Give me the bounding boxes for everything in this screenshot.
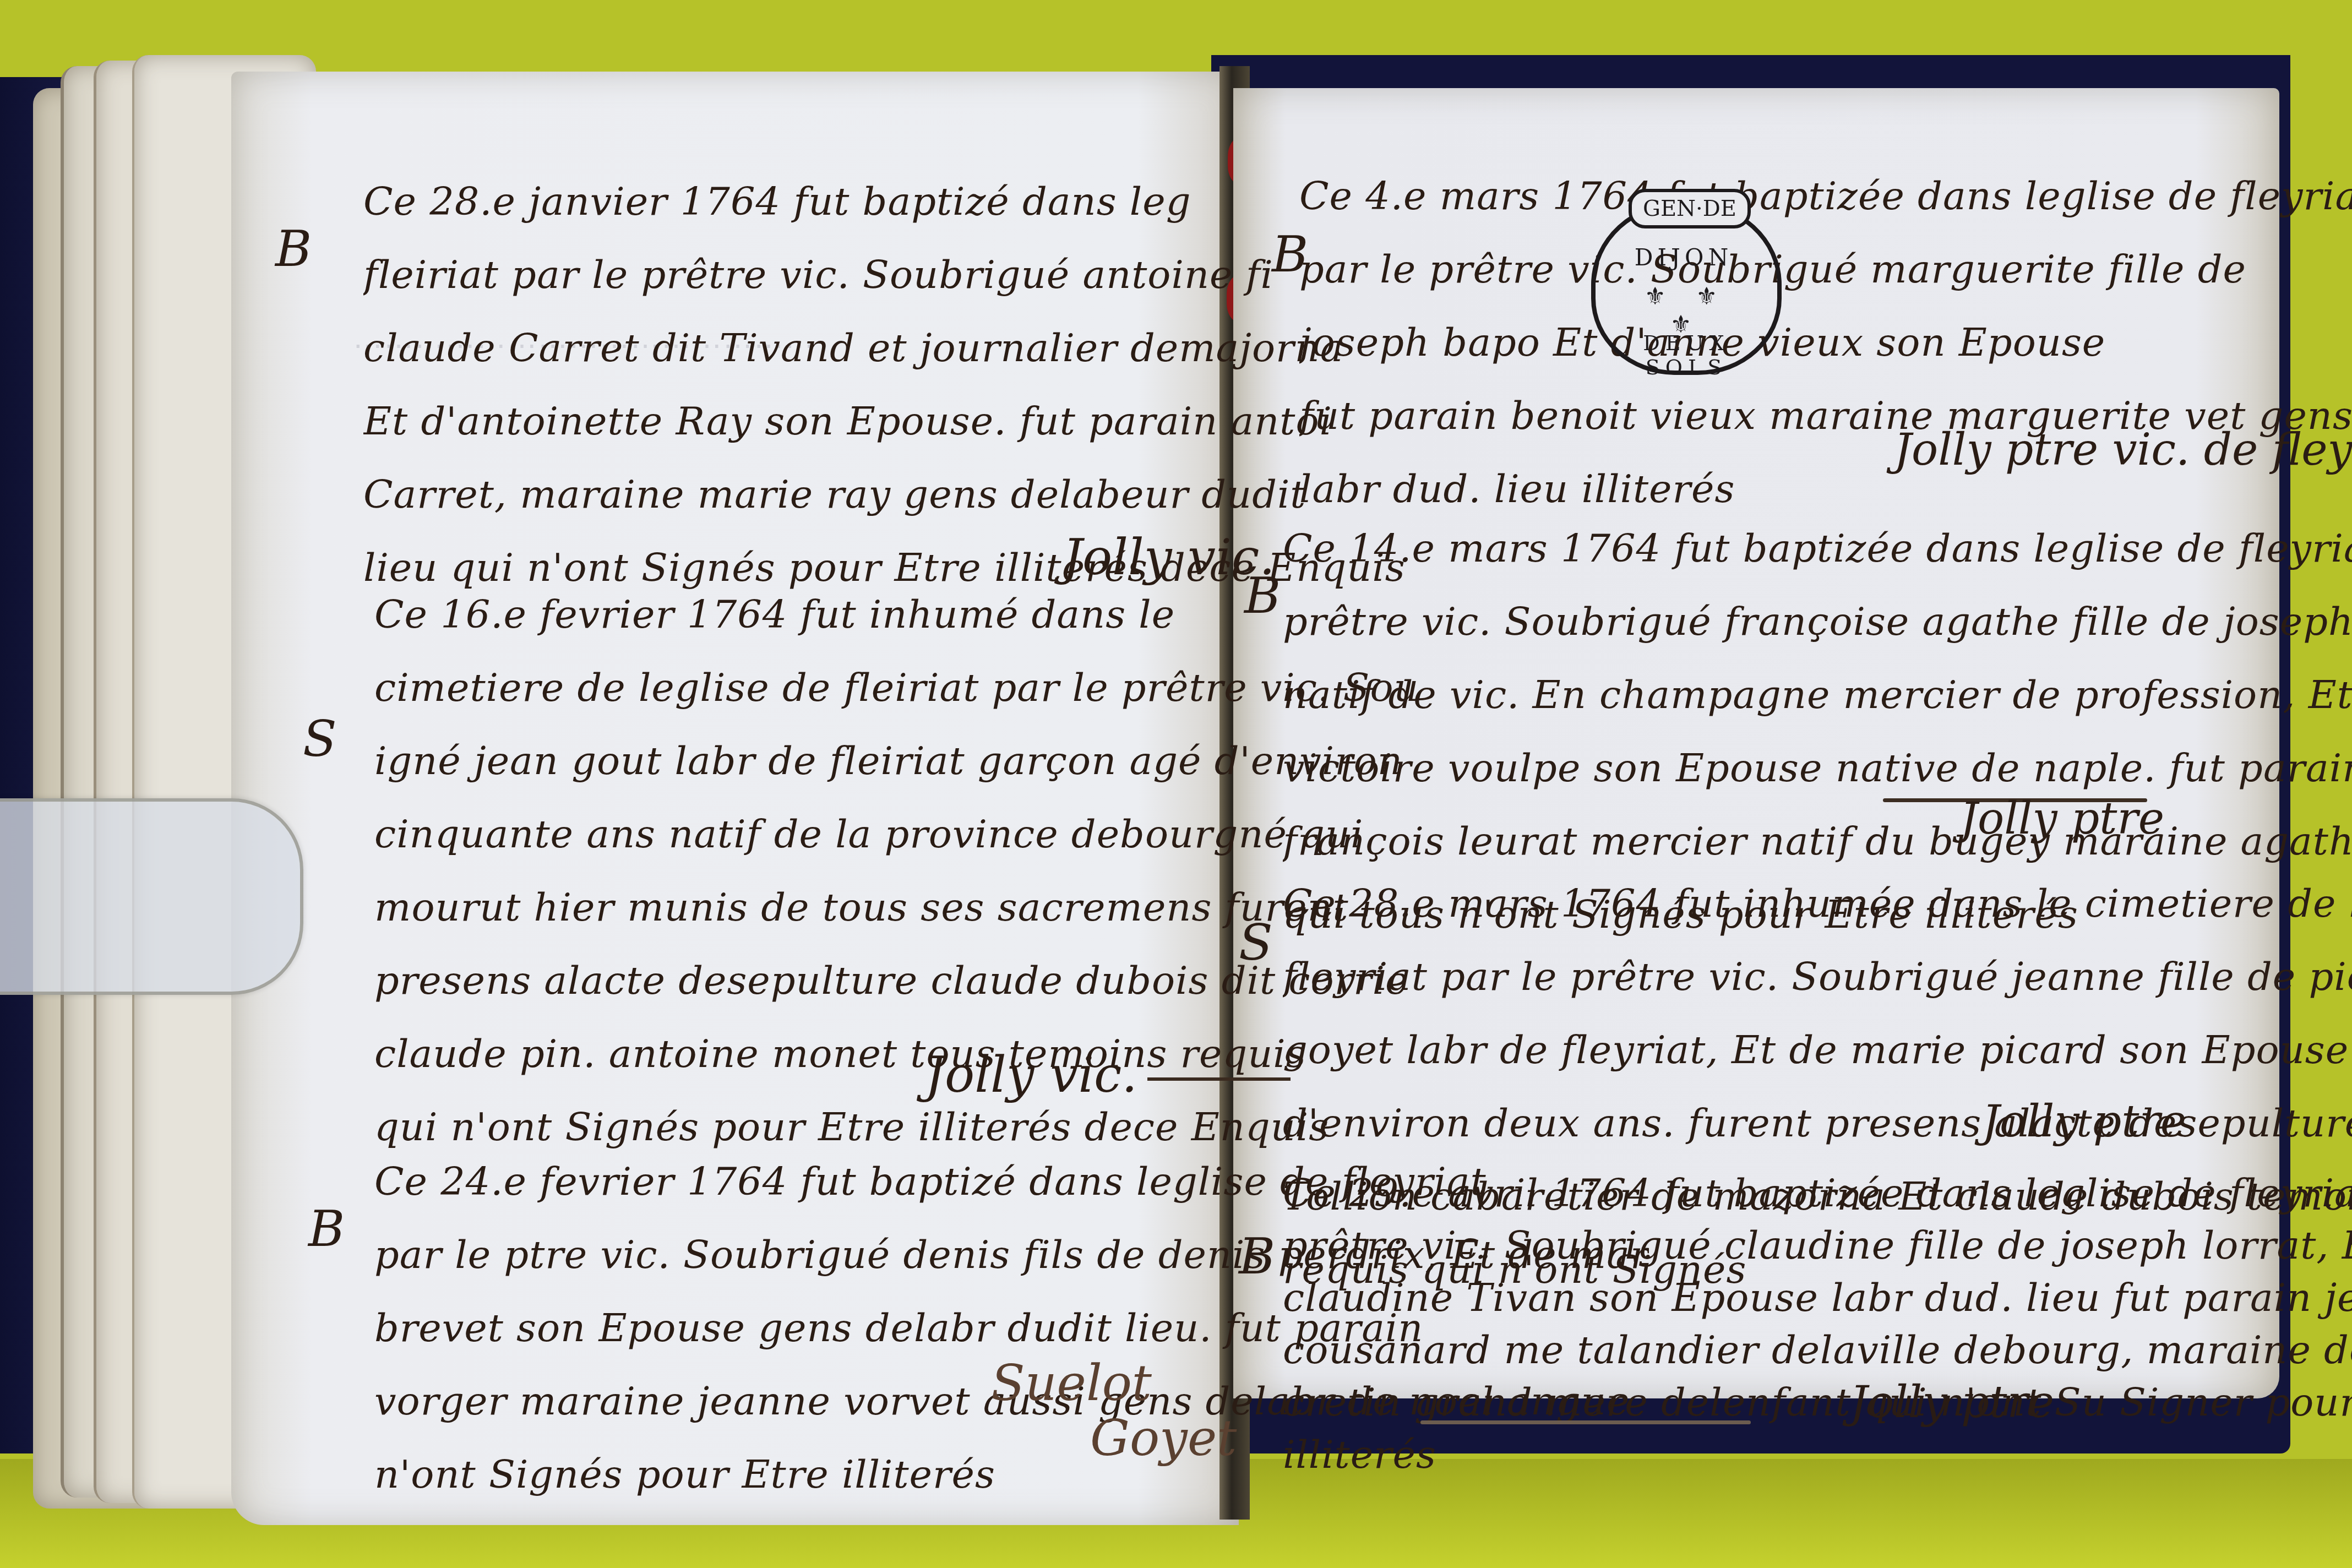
priest-signature: Jolly ptre [1982,1096,2186,1147]
tax-stamp: GEN·DE DIJON ⚜ ⚜ ⚜ DEUX SOLS [1591,201,1782,375]
register-entry: Ce 29.e avril 1764 fut baptizée dans leg… [1283,1167,2352,1481]
priest-signature: Jolly ptre [1960,793,2164,844]
transparent-page-clip [0,798,303,995]
stamp-value: DEUX SOLS [1607,331,1766,379]
margin-mark-baptism: B [308,1200,345,1258]
priest-signature: Jolly vic. [925,1046,1291,1104]
witness-signature: Suelot [991,1354,1152,1412]
fleur-de-lis-icon: ⚜ ⚜ ⚜ [1640,282,1733,339]
margin-mark-baptism: B [1239,1228,1275,1286]
margin-mark-baptism: B [1244,567,1281,625]
stamp-city: DIJON [1623,244,1744,271]
witness-signature: Goyet [1090,1409,1237,1467]
margin-mark-burial: S [303,710,337,768]
priest-signature: Jolly ptre [1850,1376,2054,1428]
priest-signature: Jolly ptre vic. de fleyriat [1894,424,2352,475]
stamp-banner: GEN·DE [1629,189,1751,228]
margin-mark-baptism: B [275,220,312,278]
signature-flourish [1420,1420,1751,1424]
margin-mark-burial: S [1239,914,1273,972]
signature-flourish [1147,1077,1291,1081]
